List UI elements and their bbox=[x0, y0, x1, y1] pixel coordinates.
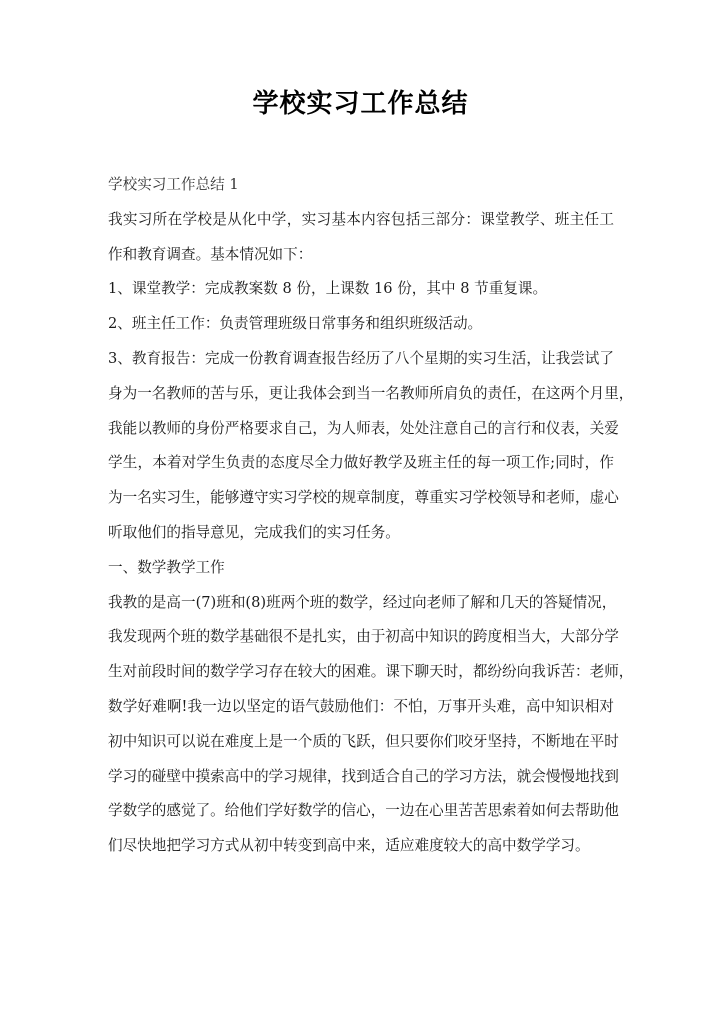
paragraph-line: 身为一名教师的苦与乐，更让我体会到当一名教师所肩负的责任，在这两个月里， bbox=[108, 377, 614, 412]
paragraph-line: 数学好难啊!我一边以坚定的语气鼓励他们：不怕，万事开头难，高中知识相对 bbox=[108, 690, 614, 725]
paragraph-line: 我发现两个班的数学基础很不是扎实，由于初高中知识的跨度相当大，大部分学 bbox=[108, 620, 614, 655]
paragraph-line: 听取他们的指导意见，完成我们的实习任务。 bbox=[108, 516, 614, 551]
paragraph-line: 我实习所在学校是从化中学，实习基本内容包括三部分：课堂教学、班主任工 bbox=[108, 203, 614, 238]
list-item-line: 2、班主任工作：负责管理班级日常事务和组织班级活动。 bbox=[108, 307, 614, 342]
document-body: 学校实习工作总结 1 我实习所在学校是从化中学，实习基本内容包括三部分：课堂教学… bbox=[108, 168, 614, 864]
paragraph-line: 作和教育调查。基本情况如下： bbox=[108, 238, 614, 273]
paragraph-line: 学数学的感觉了。给他们学好数学的信心，一边在心里苦苦思索着如何去帮助他 bbox=[108, 794, 614, 829]
section-subtitle: 学校实习工作总结 1 bbox=[108, 168, 614, 203]
paragraph-line: 为一名实习生，能够遵守实习学校的规章制度，尊重实习学校领导和老师，虚心 bbox=[108, 481, 614, 516]
list-item-line: 3、教育报告：完成一份教育调查报告经历了八个星期的实习生活，让我尝试了 bbox=[108, 342, 614, 377]
section-heading: 一、数学教学工作 bbox=[108, 551, 614, 586]
paragraph-line: 我教的是高一(7)班和(8)班两个班的数学，经过向老师了解和几天的答疑情况， bbox=[108, 586, 614, 621]
document-page: 学校实习工作总结 学校实习工作总结 1 我实习所在学校是从化中学，实习基本内容包… bbox=[0, 0, 721, 1020]
paragraph-line: 生对前段时间的数学学习存在较大的困难。课下聊天时，都纷纷向我诉苦：老师， bbox=[108, 655, 614, 690]
list-item-line: 1、课堂教学：完成教案数 8 份，上课数 16 份，其中 8 节重复课。 bbox=[108, 272, 614, 307]
paragraph-line: 学生，本着对学生负责的态度尽全力做好教学及班主任的每一项工作;同时，作 bbox=[108, 446, 614, 481]
paragraph-line: 我能以教师的身份严格要求自己，为人师表，处处注意自己的言行和仪表，关爱 bbox=[108, 412, 614, 447]
document-title: 学校实习工作总结 bbox=[0, 86, 721, 122]
paragraph-line: 们尽快地把学习方式从初中转变到高中来，适应难度较大的高中数学学习。 bbox=[108, 829, 614, 864]
paragraph-line: 初中知识可以说在难度上是一个质的飞跃，但只要你们咬牙坚持，不断地在平时 bbox=[108, 725, 614, 760]
paragraph-line: 学习的碰壁中摸索高中的学习规律，找到适合自己的学习方法，就会慢慢地找到 bbox=[108, 760, 614, 795]
